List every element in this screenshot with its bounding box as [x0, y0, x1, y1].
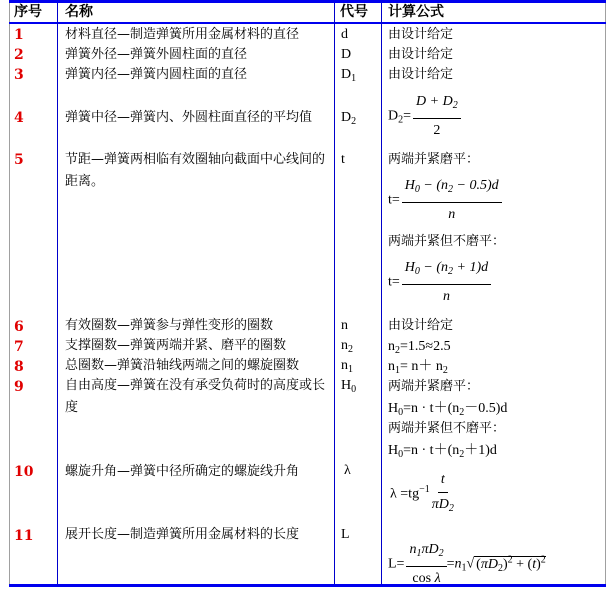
header-symbol: 代号: [340, 3, 368, 22]
row-symbol: λ: [344, 463, 351, 479]
row-name: 有效圈数—弹簧参与弹性变形的圈数: [65, 315, 333, 337]
header-num: 序号: [14, 3, 42, 22]
row-formula: t=H0 − (n2 − 0.5)dn: [388, 176, 502, 225]
row-number: 5: [14, 152, 24, 168]
row-name: 弹簧中径—弹簧内、外圆柱面直径的平均值: [65, 107, 333, 129]
header-formula: 计算公式: [388, 3, 444, 22]
formula-label: 两端并紧磨平：: [388, 377, 479, 397]
row-symbol: L: [341, 527, 350, 543]
formula-label: 两端并紧但不磨平：: [388, 419, 505, 439]
row-number: 3: [14, 67, 24, 83]
row-symbol: d: [341, 27, 348, 43]
header-name: 名称: [65, 3, 93, 22]
row-number: 9: [14, 379, 24, 395]
row-formula: λ =tg−1tπD2: [390, 470, 454, 519]
top-rule: [9, 0, 606, 3]
row-name: 节距—弹簧两相临有效圈轴向截面中心线间的距离。: [65, 149, 333, 193]
row-symbol: H0: [341, 378, 356, 395]
column-divider: [57, 3, 58, 584]
row-number: 4: [14, 110, 24, 126]
row-symbol: D: [341, 47, 351, 63]
row-number: 6: [14, 319, 24, 335]
formula-label: 两端并紧磨平：: [388, 150, 479, 170]
row-formula: 由设计给定: [388, 316, 453, 336]
row-number: 1: [14, 27, 24, 43]
row-name: 自由高度—弹簧在没有承受负荷时的高度或长度: [65, 375, 335, 419]
row-symbol: n: [341, 318, 348, 334]
formula-label: 两端并紧但不磨平：: [388, 232, 505, 252]
row-name: 螺旋升角—弹簧中径所确定的螺旋线升角: [65, 461, 333, 483]
row-number: 10: [14, 464, 33, 480]
row-formula: 由设计给定: [388, 25, 453, 45]
row-symbol: t: [341, 152, 345, 168]
row-name: 弹簧外径—弹簧外圆柱面的直径: [65, 44, 333, 66]
row-symbol: n2: [341, 338, 353, 355]
row-formula: 由设计给定: [388, 45, 453, 65]
row-number: 2: [14, 47, 24, 63]
row-symbol: D1: [341, 67, 356, 84]
row-formula: D2=D + D22: [388, 92, 461, 141]
row-symbol: n1: [341, 358, 353, 375]
column-divider: [334, 3, 335, 584]
table-frame: [9, 0, 606, 587]
row-name: 弹簧内径—弹簧内圆柱面的直径: [65, 64, 333, 86]
row-name: 材料直径—制造弹簧所用金属材料的直径: [65, 24, 333, 46]
column-divider: [381, 3, 382, 584]
row-formula: L=n1πD2cos λ=n1√(πD2)2 + (t)2: [388, 540, 546, 589]
row-number: 8: [14, 359, 24, 375]
row-number: 7: [14, 339, 24, 355]
row-symbol: D2: [341, 110, 356, 127]
row-name: 展开长度—制造弹簧所用金属材料的长度: [65, 524, 333, 546]
row-number: 11: [14, 528, 33, 544]
row-formula: H0=n · t＋(n2＋1)d: [388, 441, 497, 465]
row-formula: t=H0 − (n2 + 1)dn: [388, 258, 491, 307]
row-name: 总圈数—弹簧沿轴线两端之间的螺旋圈数: [65, 355, 333, 377]
row-formula: 由设计给定: [388, 65, 453, 85]
row-name: 支撑圈数—弹簧两端并紧、磨平的圈数: [65, 335, 333, 357]
